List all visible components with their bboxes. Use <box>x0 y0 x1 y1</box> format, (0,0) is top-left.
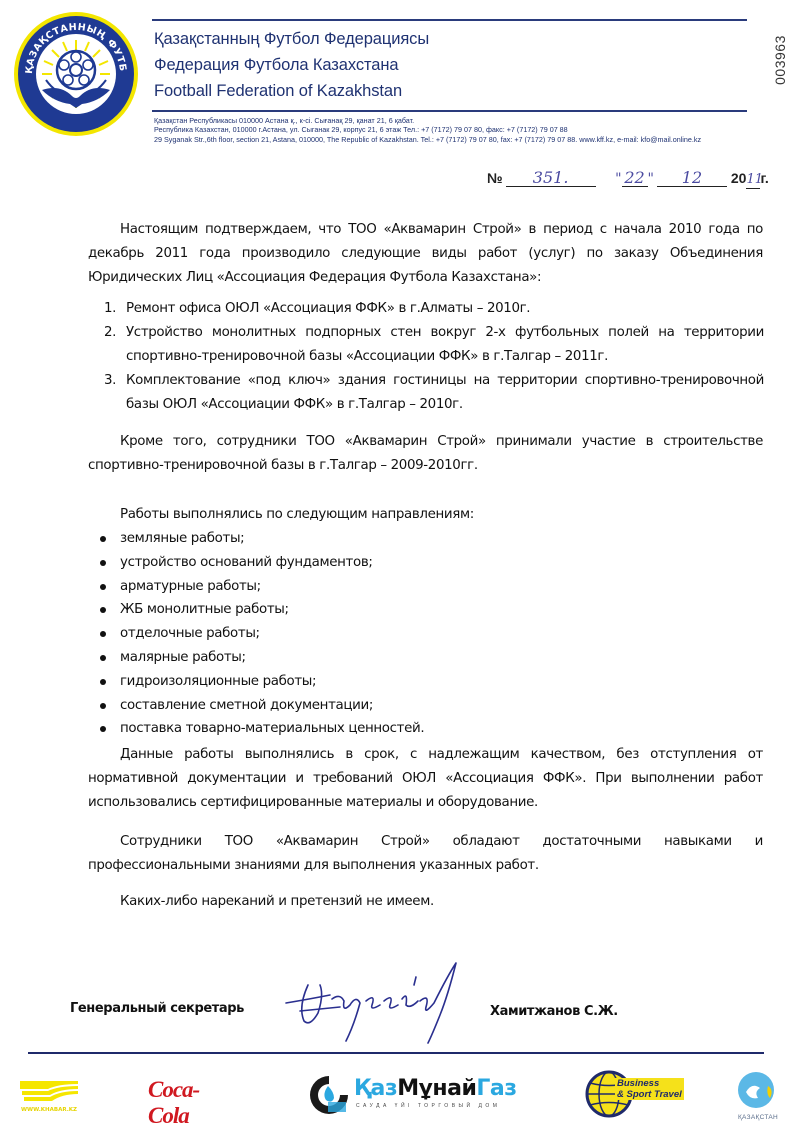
org-name-english: Football Federation of Kazakhstan <box>154 82 402 101</box>
bullet-icon <box>100 703 106 709</box>
address-english: 29 Syganak Str.,6th floor, section 21, A… <box>154 135 701 144</box>
work-item: 1.Ремонт офиса ОЮЛ «Ассоциация ФФК» в г.… <box>104 297 764 321</box>
org-name-kazakh: Қазақстанның Футбол Федерациясы <box>154 30 429 49</box>
number-prefix: № <box>487 170 503 186</box>
direction-item: поставка товарно-материальных ценностей. <box>98 717 424 741</box>
sponsor-logo-kazmunaygas: ҚазМұнайГаз САУДА ҮЙІ ТОРГОВЫЙ ДОМ <box>306 1070 474 1120</box>
reference-year: 11 <box>746 172 760 189</box>
reference-line: №351. "22"12 2011г. <box>487 170 769 189</box>
directions-intro: Работы выполнялись по следующим направле… <box>88 503 763 527</box>
sponsor-logo-business-sport-travel: Business& Sport Travel <box>585 1068 685 1120</box>
header-top-rule <box>152 19 747 21</box>
handwritten-signature <box>280 955 480 1045</box>
kazmunaygas-subtitle: САУДА ҮЙІ ТОРГОВЫЙ ДОМ <box>356 1103 500 1109</box>
direction-item: земляные работы; <box>98 527 424 551</box>
org-name-russian: Федерация Футбола Казахстана <box>154 56 398 75</box>
no-claims-paragraph: Каких-либо нареканий и претензий не имее… <box>88 890 763 914</box>
bullet-icon <box>100 560 106 566</box>
bullet-icon <box>100 536 106 542</box>
direction-item: малярные работы; <box>98 646 424 670</box>
direction-item: арматурные работы; <box>98 575 424 599</box>
direction-item: составление сметной документации; <box>98 694 424 718</box>
work-item: 3.Комплектование «под ключ» здания гости… <box>104 369 764 417</box>
sponsor-logo-coca-cola: Coca-Cola <box>148 1077 238 1113</box>
signature-icon <box>280 955 480 1045</box>
bullet-icon <box>100 726 106 732</box>
participation-paragraph: Кроме того, сотрудники ТОО «Аквамарин Ст… <box>88 430 763 478</box>
address-russian: Республика Казахстан, 010000 г.Астана, у… <box>154 125 701 134</box>
day-close-quote: " <box>648 171 654 187</box>
federation-emblem: ҚАЗАҚСТАННЫҢ ФУТБОЛ ФЕДЕРАЦИЯСЫ <box>12 10 140 138</box>
direction-item: гидроизоляционные работы; <box>98 670 424 694</box>
quality-paragraph: Данные работы выполнялись в срок, с надл… <box>88 743 763 815</box>
kazmunaygas-wordmark: ҚазМұнайГаз <box>354 1076 517 1101</box>
skills-paragraph: СотрудникиТОО«АквамаринСтрой»обладаютдос… <box>88 830 763 878</box>
registration-number: 003963 <box>760 20 800 100</box>
railways-logo-icon: WWW.KHABAR.KZ <box>18 1075 80 1115</box>
work-item: 2.Устройство монолитных подпорных стен в… <box>104 321 764 369</box>
bullet-icon <box>100 607 106 613</box>
bullet-icon <box>100 631 106 637</box>
header-bottom-rule <box>152 110 747 112</box>
reference-number: 351. <box>506 170 596 187</box>
footer-rule <box>28 1052 764 1054</box>
directions-list: земляные работы; устройство оснований фу… <box>98 527 424 741</box>
bullet-icon <box>100 679 106 685</box>
bullet-icon <box>100 655 106 661</box>
bullet-icon <box>100 584 106 590</box>
year-prefix: 20 <box>731 170 747 186</box>
direction-item: ЖБ монолитные работы; <box>98 598 424 622</box>
direction-item: устройство оснований фундаментов; <box>98 551 424 575</box>
work-items-list: 1.Ремонт офиса ОЮЛ «Ассоциация ФФК» в г.… <box>104 297 764 417</box>
reference-month: 12 <box>657 170 727 187</box>
svg-text:WWW.KHABAR.KZ: WWW.KHABAR.KZ <box>21 1107 77 1113</box>
sponsor-logo-kazakhstan: ҚАЗАҚСТАН <box>728 1068 788 1128</box>
business-sport-travel-text: Business& Sport Travel <box>615 1078 684 1100</box>
direction-item: отделочные работы; <box>98 622 424 646</box>
intro-paragraph: Настоящим подтверждаем, что ТОО «Аквамар… <box>88 218 763 290</box>
signatory-name: Хамитжанов С.Ж. <box>490 1004 618 1019</box>
kazmunaygas-drop-icon <box>306 1072 352 1118</box>
emblem-icon: ҚАЗАҚСТАННЫҢ ФУТБОЛ ФЕДЕРАЦИЯСЫ <box>12 10 140 138</box>
reference-day: 22 <box>622 170 648 187</box>
sponsor-logo-railways: WWW.KHABAR.KZ <box>18 1075 80 1115</box>
address-block: Қазақстан Республикасы 010000 Астана қ.,… <box>154 116 701 144</box>
year-end: г. <box>760 170 768 186</box>
kazakhstan-brand-icon <box>728 1068 788 1114</box>
address-kazakh: Қазақстан Республикасы 010000 Астана қ.,… <box>154 116 701 125</box>
signatory-role: Генеральный секретарь <box>70 1001 244 1016</box>
